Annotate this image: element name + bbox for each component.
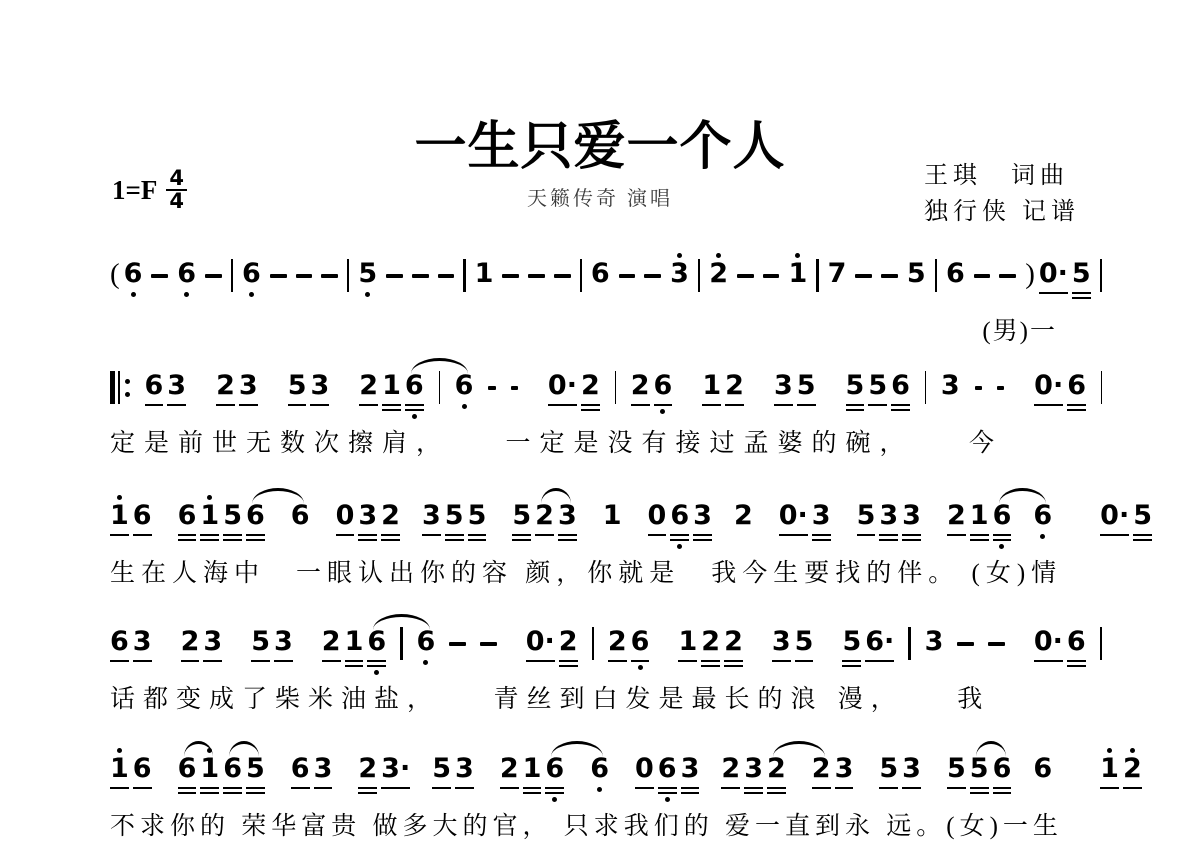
beam-underline [670,539,689,542]
note: 2 [1123,743,1142,789]
duration-dash [554,274,571,278]
note: 6 [110,616,129,662]
beam-underline [658,792,677,795]
duration-dash [619,274,636,278]
beam-underline [523,787,542,790]
note-number: 3 [422,501,441,531]
beam-underline [445,534,464,537]
note: 0· [548,360,577,406]
beam-underline [701,660,720,663]
note-number: 3 [681,754,700,784]
note: 1 [603,490,622,531]
beam-underline [382,409,401,412]
octave-dot-below [365,292,370,297]
paren-glyph: ( [110,259,120,289]
note-number: 6 [417,627,436,657]
note-number: 5 [879,754,898,784]
barline [1101,371,1102,404]
note-number: 1 [788,259,807,289]
barline [439,371,440,404]
duration-dash [974,274,991,278]
note: 0 [336,490,355,536]
beam-underline [178,534,197,537]
note-number: 2 [701,627,720,657]
beam-underline [1133,534,1152,537]
beam-underline [1072,292,1091,295]
beam-underline [701,665,720,668]
note: 6 [1033,743,1052,784]
beam-underline [274,660,293,663]
note-number: 3 [774,371,793,401]
octave-dot-below [638,665,643,670]
duration-dash [975,386,982,390]
note-number: 3 [835,754,854,784]
note-number: 6 [455,371,474,401]
note-number: 5 [842,627,861,657]
note-number: 3· [381,754,410,784]
note-number: 2 [381,501,400,531]
octave-dot-below [660,409,665,414]
note: 2 [701,616,720,667]
note: 6 [124,248,143,297]
system-4: 63235321660·2261223556·30·6话都变成了柴米油盐， 青丝… [110,616,1102,715]
note-number: 5 [1072,259,1091,289]
beam-underline [774,404,793,407]
note: 5 [857,490,876,536]
beam-underline [1072,297,1091,300]
note-number: 3 [772,627,791,657]
note-number: 6 [891,371,910,401]
note: 6 [946,248,965,289]
beam-underline [581,404,600,407]
beam-underline [631,404,650,407]
note: 2 [724,616,743,667]
beam-underline [381,787,410,790]
note-number: 5 [468,501,487,531]
note-number: 5 [358,259,377,289]
beam-underline [358,534,377,537]
note-number: 6 [1067,627,1086,657]
beam-underline [200,534,219,537]
note: 2 [216,360,235,406]
note-number: 3 [902,754,921,784]
duration-dash [205,274,222,278]
octave-dot-below [665,797,670,802]
note-number: 6 [291,501,310,531]
lyrics-line: 不求你的 荣华富贵 做多大的官， 只求我们的 爱一直到永 远。(女)一生 [110,806,1102,842]
beam-underline [868,404,887,407]
note-number: 6 [367,627,386,657]
note-number: 6 [110,627,129,657]
beam-underline [970,787,989,790]
note: 5 [947,743,966,789]
note: 3 [274,616,293,662]
note-number: 3 [239,371,258,401]
note: 6 [133,490,152,536]
note-number: 2 [500,754,519,784]
beam-underline [654,404,673,407]
note-number: 6 [242,259,261,289]
beam-underline [110,534,129,537]
beam-underline [291,787,310,790]
barline [816,259,818,292]
note-number: 3 [744,754,763,784]
beam-underline [795,660,814,663]
duration-dash [270,274,287,278]
note: 3 [879,490,898,541]
octave-dot-below [131,292,136,297]
note: 1 [678,616,697,662]
barline [615,371,616,404]
octave-dot-below [249,292,254,297]
beam-underline [779,534,808,537]
beam-underline [203,660,222,663]
beam-underline [767,792,786,795]
note: 6· [865,616,894,662]
beam-underline [767,787,786,790]
note-number: 6 [545,754,564,784]
octave-dot-below [423,660,428,665]
duration-dash [997,386,1004,390]
note-number: 6 [133,501,152,531]
note: 2 [559,616,578,667]
note-number: 1 [382,371,401,401]
note-number: 5 [947,754,966,784]
duration-dash [763,274,780,278]
beam-underline [891,409,910,412]
beam-underline [1039,292,1068,295]
note-number: 6 [670,501,689,531]
note-number: 2 [734,501,753,531]
beam-underline [812,534,831,537]
note: 1 [523,743,542,794]
note: 3 [358,490,377,541]
note: 3 [744,743,763,794]
beam-underline [1100,534,1129,537]
note: 6 [658,743,677,802]
beam-underline [970,539,989,542]
note: 1 [382,360,401,411]
note-number: 2 [709,259,728,289]
beam-underline [545,787,564,790]
beam-underline [200,539,219,542]
note-number: 6 [405,371,424,401]
music-row: 1661566032355523106320·353321660·5 [110,490,1102,548]
note: 1 [702,360,721,406]
note: 3 [167,360,186,406]
note-number: 6 [124,259,143,289]
beam-underline [455,787,474,790]
beam-underline [178,787,197,790]
note: 5 [445,490,464,541]
octave-dot-below [184,292,189,297]
beam-underline [857,534,876,537]
duration-dash [644,274,661,278]
note-number: 3 [558,501,577,531]
note-number: 5 [432,754,451,784]
beam-underline [1123,787,1142,790]
beam-underline [631,660,650,663]
system-2: 63235321660·226123555630·6定是前世无数次擦肩， 一定是… [110,360,1102,459]
note-number: 5 [970,754,989,784]
beam-underline [523,792,542,795]
beam-underline [200,792,219,795]
beam-underline [535,534,554,537]
note-number: 5 [445,501,464,531]
note: 3 [670,248,689,289]
note-number: 3 [310,371,329,401]
repeat-begin-sign [110,371,130,404]
beam-underline [178,539,197,542]
lyrics-line: 话都变成了柴米油盐， 青丝到白发是最长的浪 漫， 我 [110,679,1102,715]
note: 2 [358,743,377,794]
beam-underline [526,660,555,663]
note-number: 0 [648,501,667,531]
beam-underline [865,660,894,663]
note-number: 5 [251,627,270,657]
note: 6 [670,490,689,549]
note-number: 1 [678,627,697,657]
beam-underline [670,534,689,537]
music-row: 1661656323·5321660632322353556612 [110,743,1102,801]
duration-dash [449,642,466,646]
note-number: 6 [590,754,609,784]
duration-dash [957,642,974,646]
note-number: 6 [1033,754,1052,784]
note-number: 6 [1067,371,1086,401]
note: 5 [223,490,242,541]
beam-underline [405,404,424,407]
note-number: 6 [631,627,650,657]
note: 2 [181,616,200,662]
beam-underline [879,534,898,537]
duration-dash [855,274,872,278]
beam-underline [558,534,577,537]
beam-underline [223,539,242,542]
beam-underline [405,409,424,412]
beam-underline [239,404,258,407]
note-number: 2 [358,754,377,784]
note: 3 [314,743,333,789]
beam-underline [545,792,564,795]
note: 5 [842,616,861,667]
beam-underline [322,660,341,663]
note-number: 3 [925,627,944,657]
octave-dot-below [1040,534,1045,539]
beam-underline [744,787,763,790]
beam-underline [812,787,831,790]
note-number: 0· [1100,501,1129,531]
note: 3 [812,490,831,541]
repeat-thin-bar [118,371,120,404]
note-number: 2 [581,371,600,401]
note: 7 [828,248,847,289]
note: 3 [774,360,793,406]
beam-underline [548,404,577,407]
note: 6 [242,248,261,297]
note-number: 5 [795,627,814,657]
note: 1 [110,743,129,789]
note: 1 [970,490,989,541]
note-number: 6 [654,371,673,401]
duration-dash [881,274,898,278]
note: 2 [734,490,753,531]
note: 0· [1039,248,1068,294]
beam-underline [812,539,831,542]
barline [698,259,700,292]
beam-underline [702,404,721,407]
note-number: 2 [812,754,831,784]
note: 5 [879,743,898,789]
octave-dot-below [462,404,467,409]
lyrics-line: 定是前世无数次擦肩， 一定是没有接过孟婆的碗， 今 [110,423,1102,459]
note-number: 2 [725,371,744,401]
beam-underline [381,539,400,542]
note-number: 5 [868,371,887,401]
note-number: 6 [946,259,965,289]
beam-underline [246,539,265,542]
note-number: 5 [246,754,265,784]
note: 2 [608,616,627,662]
beam-underline [358,787,377,790]
beam-underline [891,404,910,407]
note-number: 1 [110,501,129,531]
paren-glyph: ) [1025,259,1035,289]
note-number: 5 [797,371,816,401]
beam-underline [993,792,1012,795]
note-number: 3 [693,501,712,531]
beam-underline [846,404,865,407]
note-number: 2 [559,627,578,657]
note-number: 3 [274,627,293,657]
note-number: 3 [167,371,186,401]
note-number: 1 [523,754,542,784]
beam-underline [223,792,242,795]
system-1: (666516321756)0·5(男)一 [110,248,1102,347]
repeat-dot [125,392,130,397]
duration-dash [480,642,497,646]
paren: ) [1025,248,1035,289]
beam-underline [133,660,152,663]
lyrics-line: 生在人海中 一眼认出你的容 颜，你就是 我今生要找的伴。 (女)情 [110,553,1102,589]
duration-dash [502,274,519,278]
lyrics-line: (男)一 [110,311,1102,347]
beam-underline [345,660,364,663]
note: 2 [631,360,650,406]
note: 2 [725,360,744,406]
note: 5 [868,360,887,406]
beam-underline [367,660,386,663]
note-number: 0· [1034,371,1063,401]
note: 3 [455,743,474,789]
note: 3 [693,490,712,541]
note-number: 2 [535,501,554,531]
beam-underline [970,534,989,537]
beam-underline [681,787,700,790]
note: 6 [177,248,196,297]
beam-underline [110,660,129,663]
note: 2 [947,490,966,536]
note-number: 6 [291,754,310,784]
beam-underline [902,787,921,790]
beam-underline [744,792,763,795]
note: 5 [797,360,816,406]
beam-underline [797,404,816,407]
beam-underline [693,539,712,542]
note: 5 [251,616,270,662]
note-number: 1 [603,501,622,531]
barline [1100,259,1102,292]
note: 5 [432,743,451,789]
note: 0 [648,490,667,536]
note-number: 1 [970,501,989,531]
beam-underline [251,660,270,663]
beam-underline [382,404,401,407]
duration-dash [488,386,495,390]
system-5: 1661656323·5321660632322353556612不求你的 荣华… [110,743,1102,842]
note: 3 [239,360,258,406]
beam-underline [358,792,377,795]
duration-dash [321,274,338,278]
note-number: 6 [591,259,610,289]
note: 6 [1067,616,1086,667]
note-number: 6 [133,754,152,784]
note-number: 5 [857,501,876,531]
note: 1 [345,616,364,667]
beam-underline [223,787,242,790]
barline [925,371,926,404]
note-number: 2 [724,627,743,657]
note-number: 3 [133,627,152,657]
note-number: 0 [336,501,355,531]
note-number: 5 [846,371,865,401]
music-row: 63235321660·2261223556·30·6 [110,616,1102,674]
beam-underline [1034,404,1063,407]
beam-underline [608,660,627,663]
barline [347,259,349,292]
beam-underline [145,404,164,407]
beam-underline [468,539,487,542]
note: 2 [381,490,400,541]
octave-dot-below [999,544,1004,549]
beam-underline [678,660,697,663]
note-number: 3 [203,627,222,657]
note-number: 5 [512,501,531,531]
note: 6 [1067,360,1086,411]
note: 0· [1034,616,1063,662]
note: 5 [288,360,307,406]
note: 3 [941,360,960,401]
note: 3 [681,743,700,794]
note-number: 3 [670,259,689,289]
beam-underline [724,665,743,668]
barline [400,627,402,660]
note: 0· [1100,490,1129,536]
note-number: 6 [223,754,242,784]
beam-underline [512,539,531,542]
note: 2 [709,248,728,289]
beam-underline [879,539,898,542]
note-number: 1 [345,627,364,657]
beam-underline [648,534,667,537]
duration-dash [999,274,1016,278]
duration-dash [296,274,313,278]
beam-underline [947,787,966,790]
beam-underline [223,534,242,537]
note: 5 [512,490,531,541]
note-number: 0· [1039,259,1068,289]
octave-dot-below [597,787,602,792]
